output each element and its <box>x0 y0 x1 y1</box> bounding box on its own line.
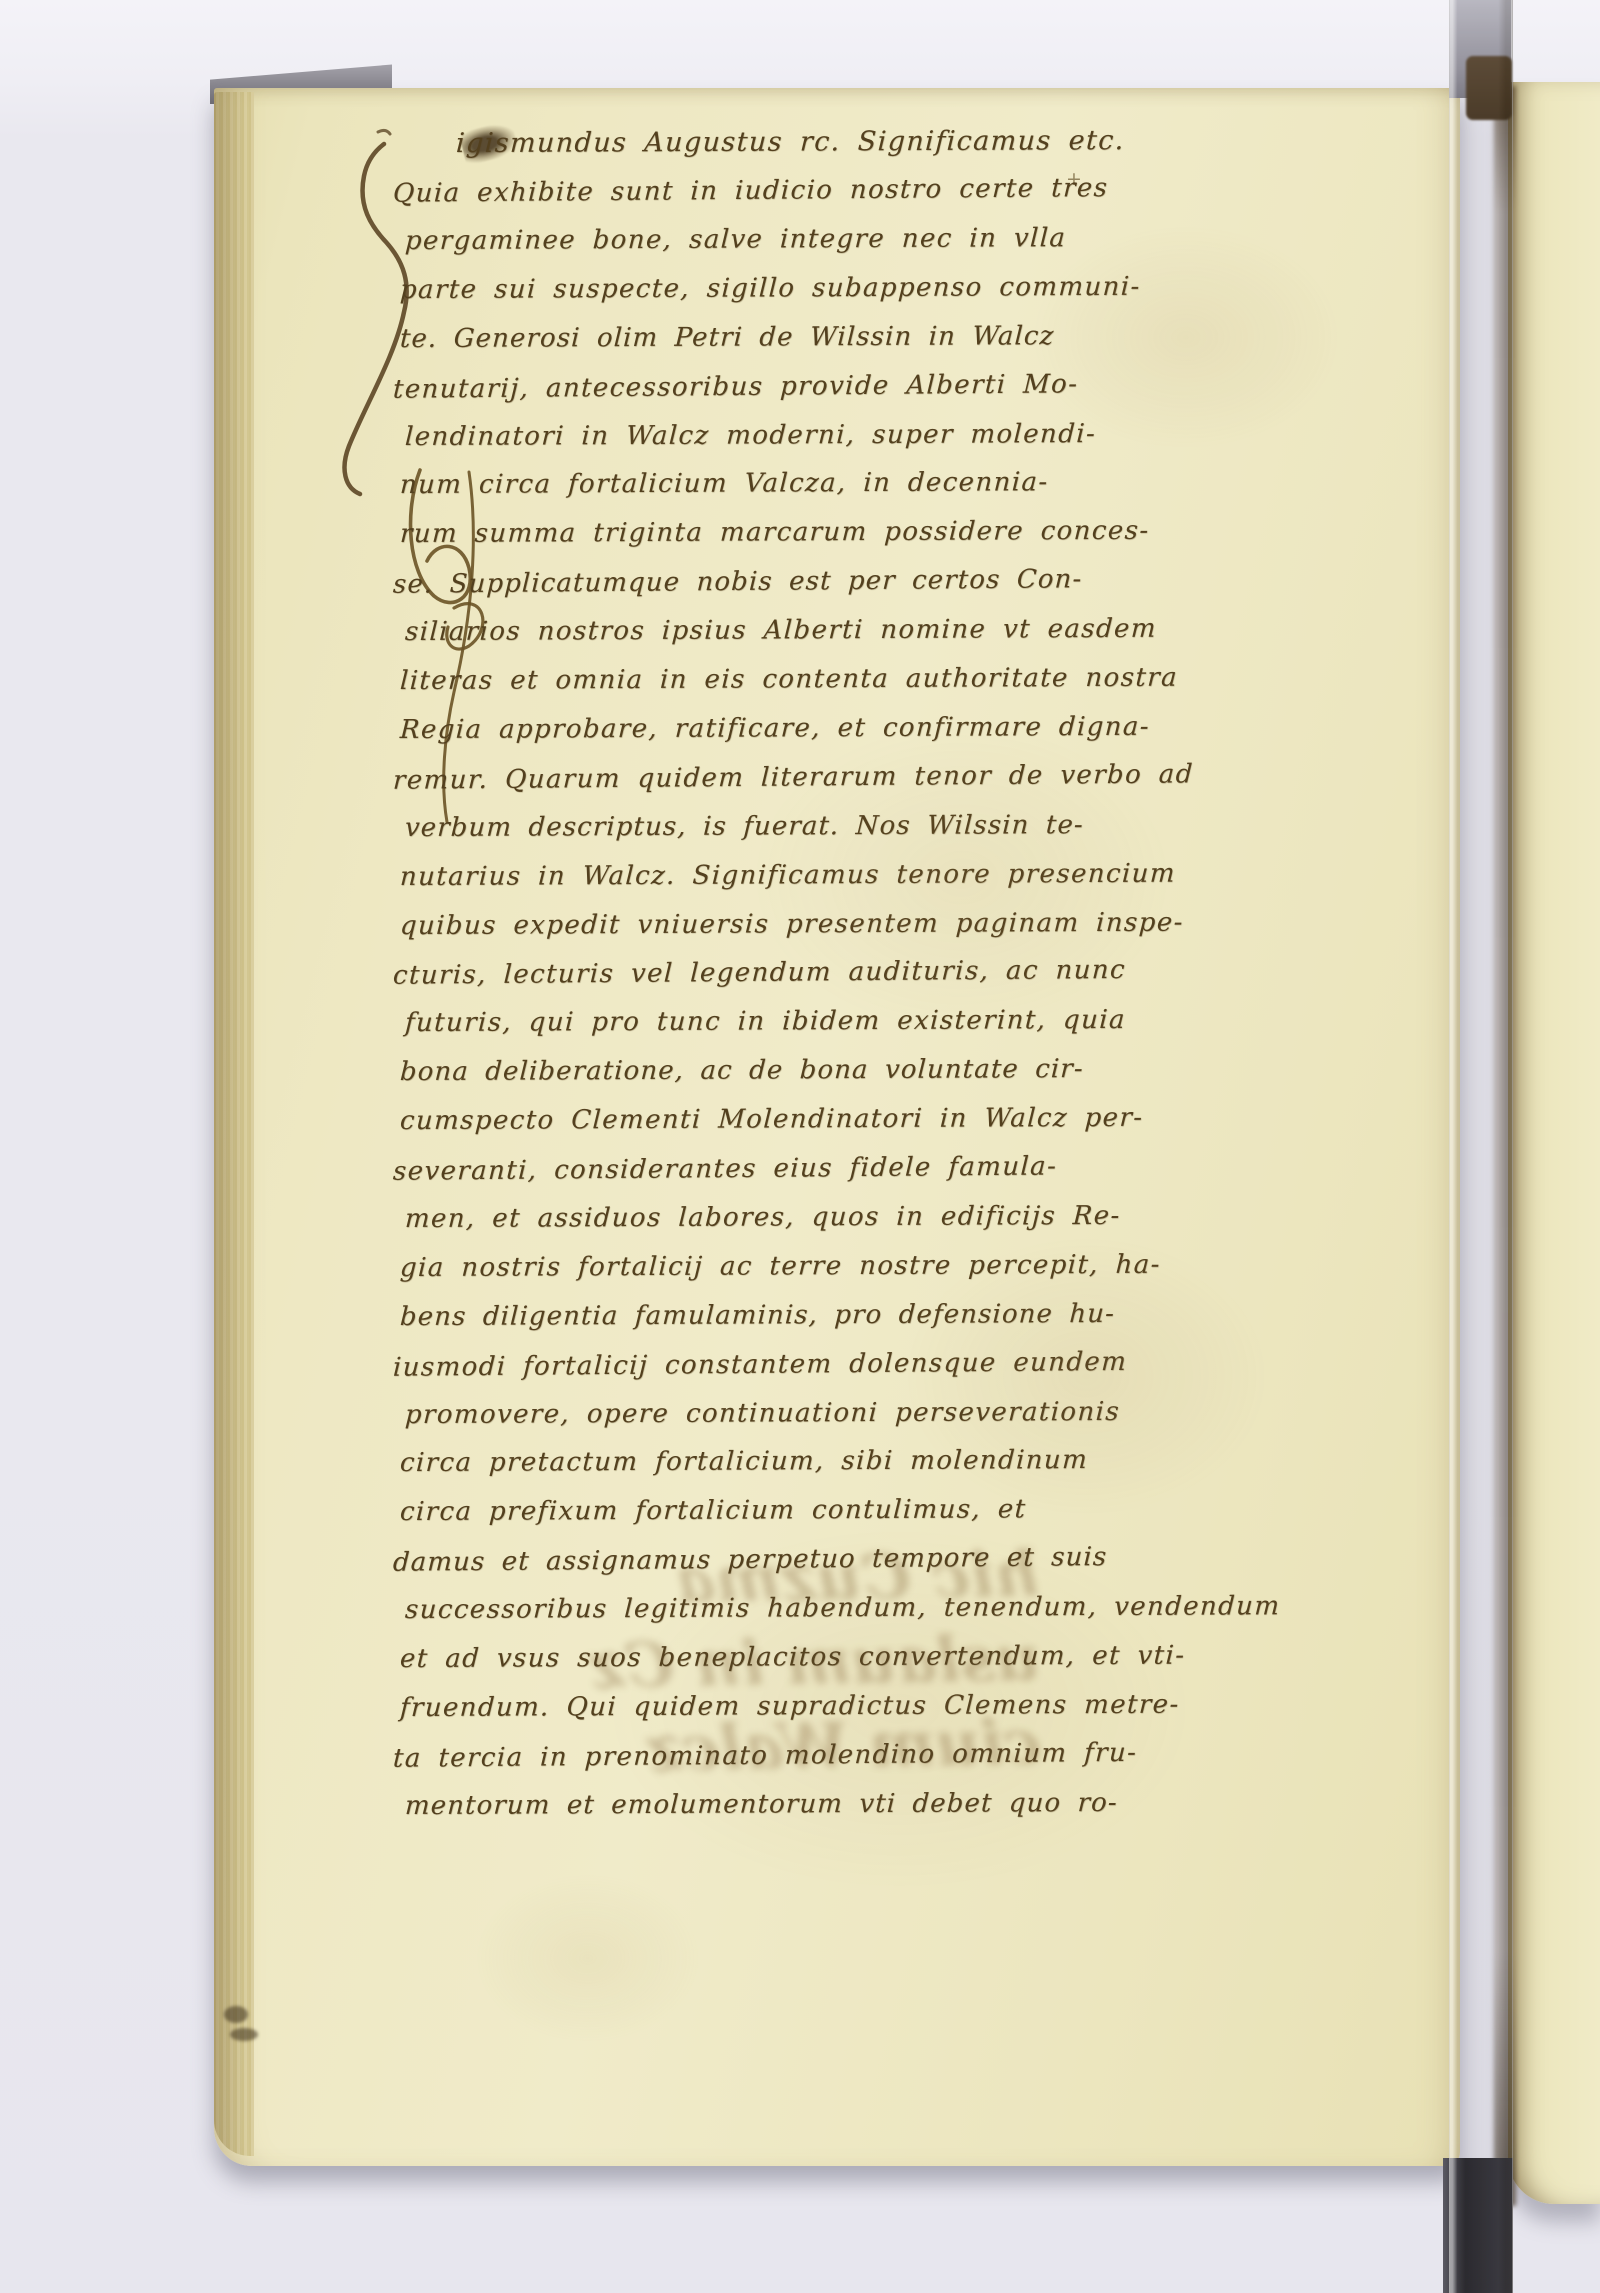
manuscript-line: futuris, qui pro tunc in ibidem existeri… <box>404 1004 1345 1038</box>
manuscript-line: ta tercia in prenominato molendino omniu… <box>392 1736 1333 1773</box>
manuscript-line: se. Supplicatumque nobis est per certos … <box>392 562 1333 599</box>
manuscript-line: siliarios nostros ipsius Alberti nomine … <box>404 613 1345 647</box>
manuscript-line: num circa fortalicium Valcza, in decenni… <box>399 466 1340 500</box>
manuscript-line: igismundus Augustus rc. Significamus etc… <box>455 124 1396 159</box>
manuscript-line: men, et assiduos labores, quos in edific… <box>404 1200 1345 1234</box>
facing-page-edge <box>1508 82 1600 2204</box>
manuscript-line: successoribus legitimis habendum, tenend… <box>404 1591 1345 1625</box>
manuscript-line: circa pretactum fortalicium, sibi molend… <box>399 1444 1340 1478</box>
manuscript-line: iusmodi fortalicij constantem dolensque … <box>392 1345 1333 1382</box>
manuscript-line: cumspecto Clementi Molendinatori in Walc… <box>399 1102 1340 1136</box>
manuscript-line: fruendum. Qui quidem supradictus Clemens… <box>399 1689 1340 1723</box>
manuscript-line: remur. Quarum quidem literarum tenor de … <box>392 758 1333 795</box>
manuscript-line: rum summa triginta marcarum possidere co… <box>399 515 1340 549</box>
manuscript-line: nutarius in Walcz. Significamus tenore p… <box>399 858 1340 892</box>
plexiglass-bar <box>1449 0 1513 2293</box>
manuscript-line: pergaminee bone, salve integre nec in vl… <box>404 222 1345 256</box>
manuscript-line: Regia approbare, ratificare, et confirma… <box>399 711 1340 745</box>
manuscript-line: et ad vsus suos beneplacitos convertendu… <box>399 1640 1340 1674</box>
manuscript-page: + hic Cuzma uslaum in Cz cium Walcz igis… <box>214 88 1460 2166</box>
manuscript-line: cturis, lecturis vel legendum audituris,… <box>392 953 1333 990</box>
manuscript-line: tenutarij, antecessoribus provide Albert… <box>392 367 1333 404</box>
manuscript-scan: + hic Cuzma uslaum in Cz cium Walcz igis… <box>0 0 1600 2293</box>
manuscript-line: circa prefixum fortalicium contulimus, e… <box>399 1493 1340 1527</box>
manuscript-line: damus et assignamus perpetuo tempore et … <box>392 1540 1333 1577</box>
manuscript-text-block: igismundus Augustus rc. Significamus etc… <box>214 88 1460 2166</box>
manuscript-line: bona deliberatione, ac de bona voluntate… <box>399 1053 1340 1087</box>
manuscript-line: severanti, considerantes eius fidele fam… <box>392 1149 1333 1186</box>
manuscript-line: verbum descriptus, is fuerat. Nos Wilssi… <box>404 809 1345 843</box>
manuscript-line: Quia exhibite sunt in iudicio nostro cer… <box>392 171 1333 208</box>
manuscript-line: literas et omnia in eis contenta authori… <box>399 662 1340 696</box>
manuscript-line: lendinatori in Walcz moderni, super mole… <box>404 418 1345 452</box>
manuscript-line: te. Generosi olim Petri de Wilssin in Wa… <box>399 320 1340 354</box>
manuscript-line: bens diligentia famulaminis, pro defensi… <box>399 1298 1340 1332</box>
manuscript-line: gia nostris fortalicij ac terre nostre p… <box>399 1249 1340 1283</box>
manuscript-line: parte sui suspecte, sigillo subappenso c… <box>399 271 1340 305</box>
manuscript-line: mentorum et emolumentorum vti debet quo … <box>404 1787 1345 1821</box>
manuscript-line: quibus expedit vniuersis presentem pagin… <box>399 907 1340 941</box>
manuscript-line: promovere, opere continuationi persevera… <box>404 1396 1345 1430</box>
